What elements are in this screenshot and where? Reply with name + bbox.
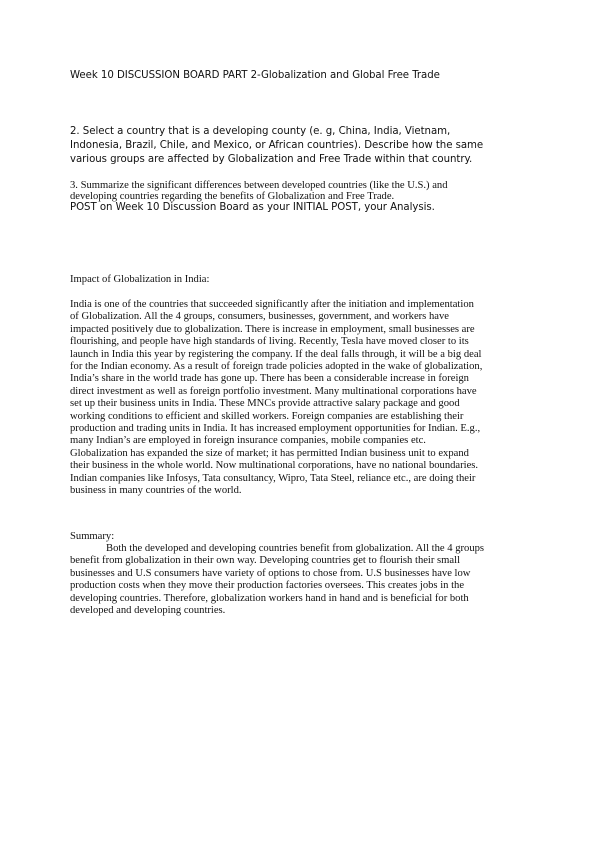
question-3-line: 3. Summarize the significant differences… xyxy=(70,180,530,191)
post-instruction: POST on Week 10 Discussion Board as your… xyxy=(70,202,530,214)
summary-line: Both the developed and developing countr… xyxy=(70,543,530,555)
impact-line: set up their business units in India. Th… xyxy=(70,398,530,410)
summary-paragraph: Both the developed and developing countr… xyxy=(70,543,530,617)
impact-line: many Indian’s are employed in foreign in… xyxy=(70,435,530,447)
question-2-line: various groups are affected by Globaliza… xyxy=(70,153,530,167)
impact-line: flourishing, and people have high standa… xyxy=(70,336,530,348)
impact-line: launch in India this year by registering… xyxy=(70,349,530,361)
impact-line: of Globalization. All the 4 groups, cons… xyxy=(70,311,530,323)
document-page: Week 10 DISCUSSION BOARD PART 2-Globaliz… xyxy=(0,0,595,842)
question-2-line: Indonesia, Brazil, Chile, and Mexico, or… xyxy=(70,139,530,153)
summary-line: developed and developing countries. xyxy=(70,605,530,617)
summary-heading: Summary: xyxy=(70,531,530,543)
impact-line: direct investment as well as foreign por… xyxy=(70,386,530,398)
impact-line: Indian companies like Infosys, Tata cons… xyxy=(70,473,530,485)
question-2-line: 2. Select a country that is a developing… xyxy=(70,125,530,139)
document-title: Week 10 DISCUSSION BOARD PART 2-Globaliz… xyxy=(70,69,530,83)
impact-line: business in many countries of the world. xyxy=(70,485,530,497)
impact-line: India is one of the countries that succe… xyxy=(70,299,530,311)
summary-line: benefit from globalization in their own … xyxy=(70,555,530,567)
impact-line: Globalization has expanded the size of m… xyxy=(70,448,530,460)
impact-line: production and trading units in India. I… xyxy=(70,423,530,435)
summary-heading-text: Summary: xyxy=(70,531,530,543)
question-2: 2. Select a country that is a developing… xyxy=(70,125,530,167)
impact-line: for the Indian economy. As a result of f… xyxy=(70,361,530,373)
impact-line: their business in the whole world. Now m… xyxy=(70,460,530,472)
summary-line: businesses and U.S consumers have variet… xyxy=(70,568,530,580)
impact-line: India’s share in the world trade has gon… xyxy=(70,373,530,385)
impact-heading-text: Impact of Globalization in India: xyxy=(70,274,530,286)
question-3-line: developing countries regarding the benef… xyxy=(70,191,530,202)
summary-line: developing countries. Therefore, globali… xyxy=(70,593,530,605)
impact-line: impacted positively due to globalization… xyxy=(70,324,530,336)
summary-line: production costs when they move their pr… xyxy=(70,580,530,592)
title-text: Week 10 DISCUSSION BOARD PART 2-Globaliz… xyxy=(70,69,530,83)
impact-heading: Impact of Globalization in India: xyxy=(70,274,530,286)
impact-line: working conditions to efficient and skil… xyxy=(70,411,530,423)
impact-paragraph: India is one of the countries that succe… xyxy=(70,299,530,498)
question-3: 3. Summarize the significant differences… xyxy=(70,180,530,214)
summary-line-text: Both the developed and developing countr… xyxy=(106,543,484,554)
